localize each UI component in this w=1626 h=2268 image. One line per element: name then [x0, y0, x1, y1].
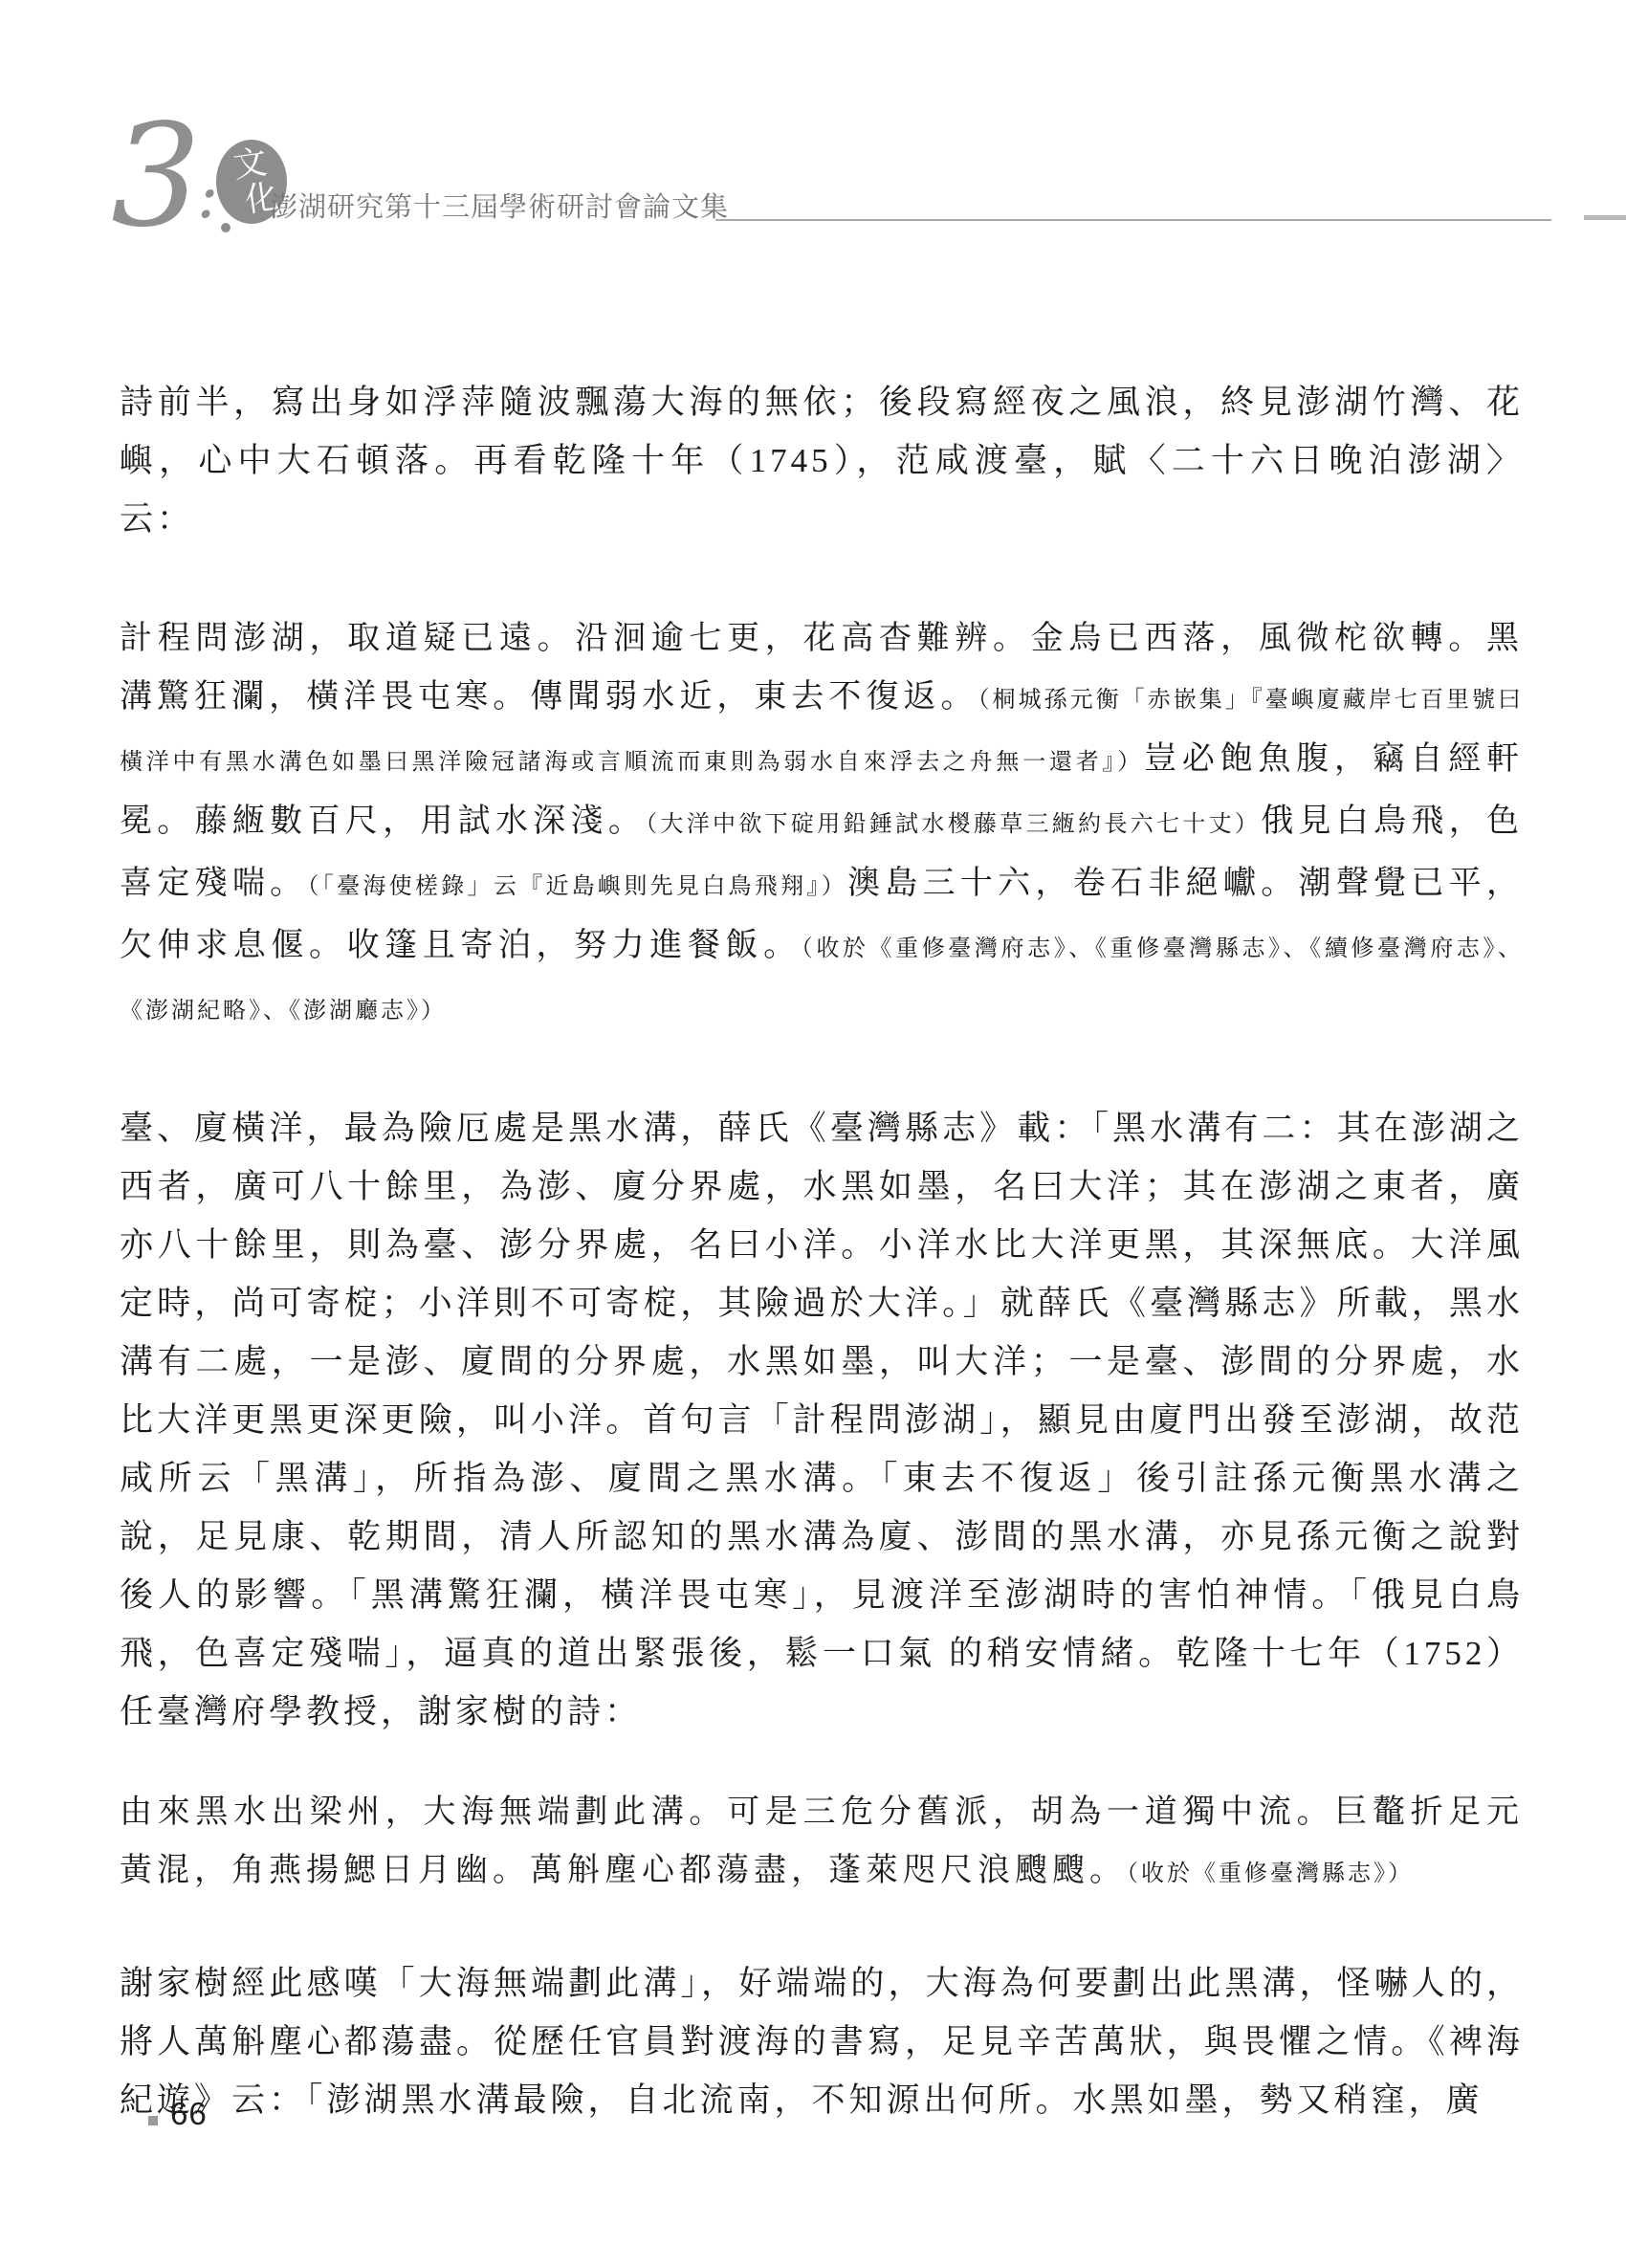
logo-circle-tail-dot	[221, 223, 231, 232]
poem-quote-1: 計程問澎湖，取道疑已遠。沿洄逾七更，花高杳難辨。金烏已西落，風微柁欲轉。黑溝驚狂…	[120, 609, 1524, 1041]
header-rule-line	[715, 219, 1551, 221]
poem-quote-2: 由來黑水出梁州，大海無端劃此溝。可是三危分舊派，胡為一道獨中流。巨鼇折足元黃混，…	[120, 1783, 1524, 1904]
page-number-bullet	[148, 2116, 158, 2125]
book-title: 澎湖研究第十三屆學術研討會論文集	[270, 190, 729, 225]
header-edge-dash	[1584, 215, 1626, 220]
quote-annotation-text: （收於《重修臺灣縣志》）	[1127, 1861, 1414, 1886]
page-body: 詩前半，寫出身如浮萍隨波飄蕩大海的無依；後段寫經夜之風浪，終見澎湖竹灣、花嶼，心…	[120, 373, 1524, 2129]
page-number: 66	[170, 2098, 208, 2129]
logo-circle-char-wen: 文	[231, 145, 270, 184]
paragraph-1: 詩前半，寫出身如浮萍隨波飄蕩大海的無依；後段寫經夜之風浪，終見澎湖竹灣、花嶼，心…	[120, 373, 1524, 548]
quote-annotation-text: （大洋中欲下碇用鉛錘試水椶藤草三緪約長六七十丈）	[646, 812, 1261, 837]
paragraph-3: 謝家樹經此感嘆「大海無端劃此溝」，好端端的，大海為何要劃出此黑溝，怪嚇人的，將人…	[120, 1954, 1524, 2129]
paragraph-2: 臺、廈橫洋，最為險厄處是黑水溝，薛氏《臺灣縣志》載：「黑水溝有二：其在澎湖之西者…	[120, 1099, 1524, 1741]
logo-colon-dots: :	[197, 165, 218, 228]
logo-numeral: 3	[111, 105, 201, 247]
quote-annotation-text: （「臺海使槎錄」云『近島嶼則先見白鳥飛翔』）	[307, 874, 847, 899]
document-page: 3 : 文 化 澎湖研究第十三屆學術研討會論文集 詩前半，寫出身如浮萍隨波飄蕩大…	[0, 0, 1626, 2268]
